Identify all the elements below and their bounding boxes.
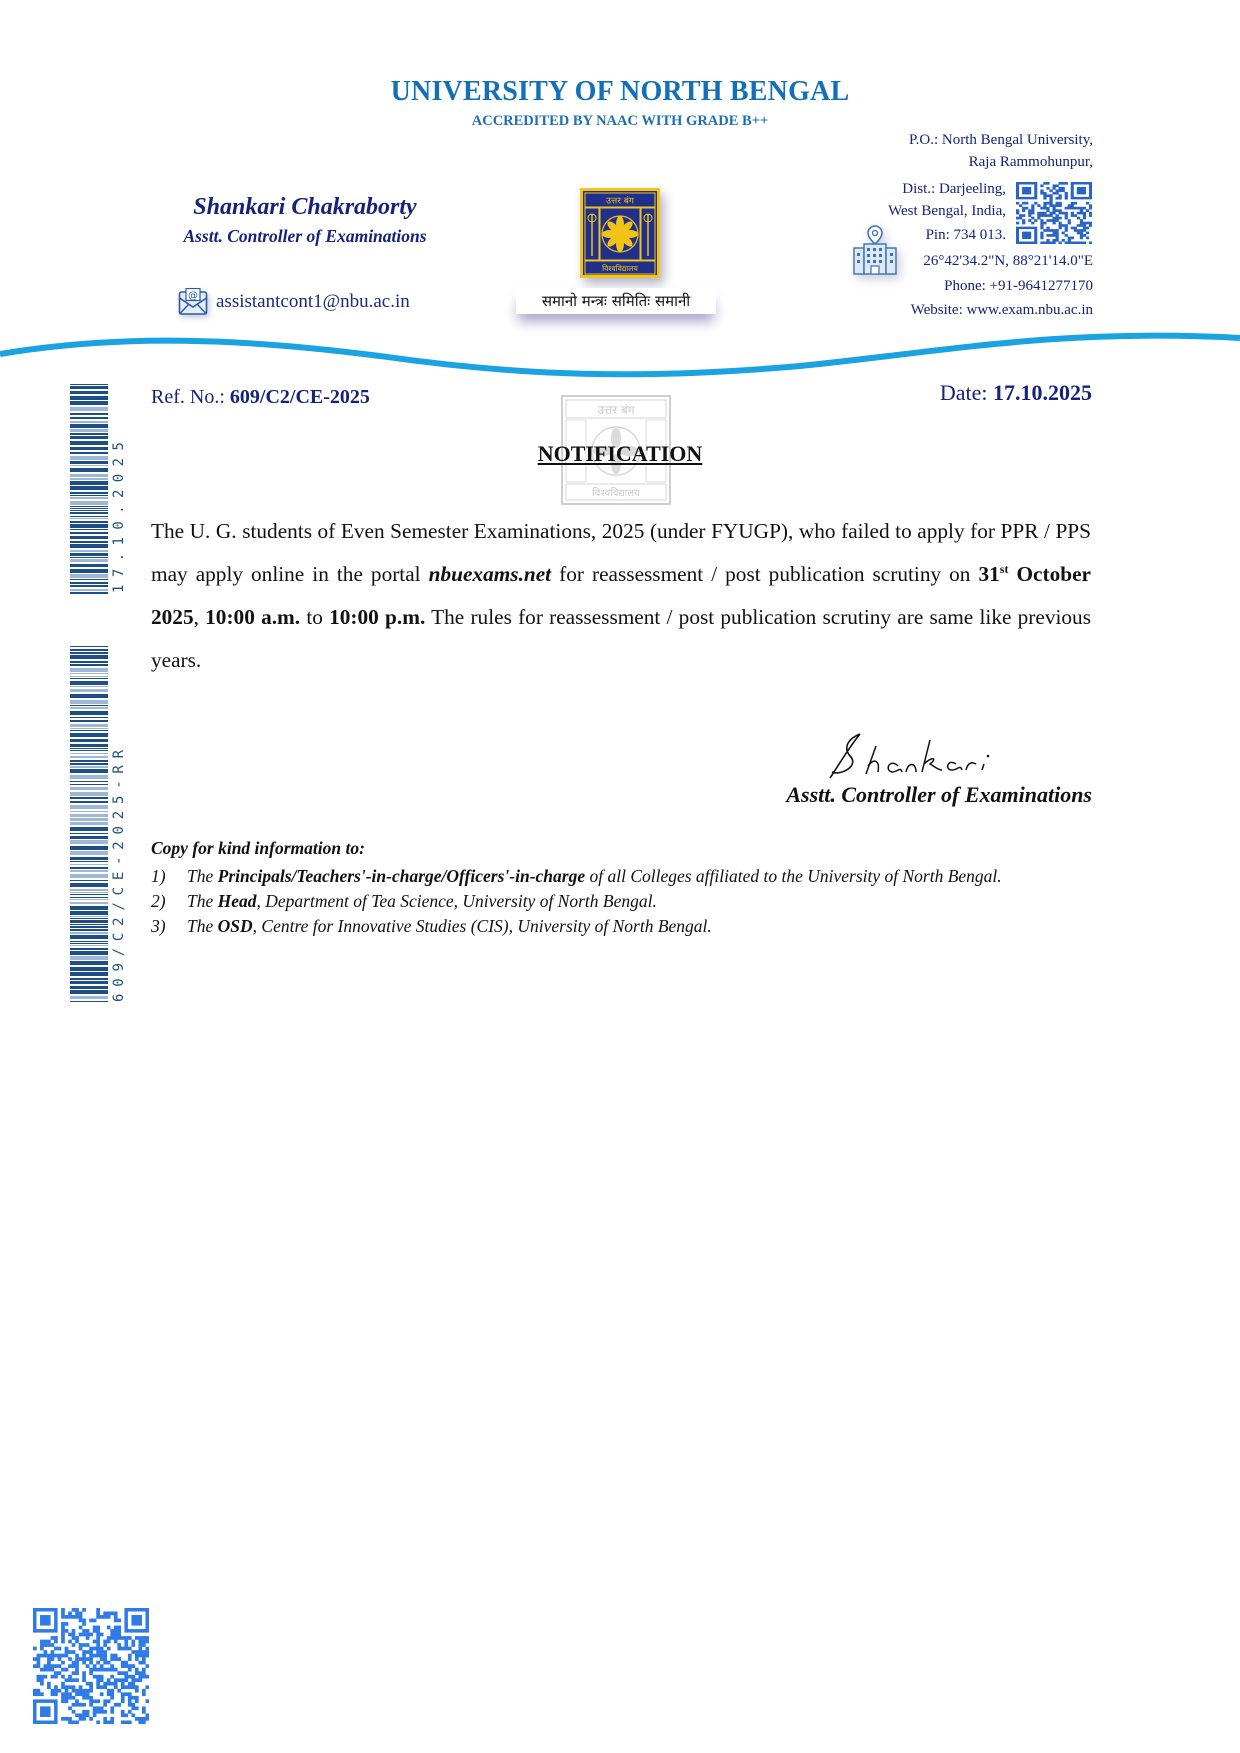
svg-text:विश्वविद्यालय: विश्वविद्यालय (602, 264, 638, 273)
university-name: UNIVERSITY OF NORTH BENGAL (0, 76, 1240, 108)
date-label: Date: (940, 380, 988, 405)
copy-to-item: 3) The OSD, Centre for Innovative Studie… (151, 914, 1091, 939)
signatory-title: Asstt. Controller of Examinations (786, 782, 1092, 808)
copy-to-list: 1) The Principals/Teachers'-in-charge/Of… (151, 864, 1091, 939)
notification-body: The U. G. students of Even Semester Exam… (151, 510, 1091, 682)
address-line-2: Raja Rammohunpur, (793, 154, 1093, 171)
svg-text:उत्तर बंग: उत्तर बंग (597, 403, 634, 417)
reference-number: Ref. No.: 609/C2/CE-2025 (151, 386, 370, 409)
date-value: 17.10.2025 (993, 380, 1092, 405)
address-website[interactable]: Website: www.exam.nbu.ac.in (793, 302, 1093, 319)
address-line-3: Dist.: Darjeeling, (706, 181, 1006, 198)
address-coordinates: 26°42'34.2"N, 88°21'14.0"E (793, 253, 1093, 270)
copy-to-item: 1) The Principals/Teachers'-in-charge/Of… (151, 864, 1091, 889)
notification-title: NOTIFICATION (0, 441, 1240, 467)
portal-link[interactable]: nbuexams.net (429, 562, 551, 586)
officer-title: Asstt. Controller of Examinations (140, 226, 470, 247)
building-location-icon (852, 224, 898, 276)
svg-text:@: @ (188, 291, 198, 302)
verification-qr-code[interactable] (33, 1608, 149, 1724)
handwritten-signature (820, 726, 1050, 786)
reference-label: Ref. No.: (151, 386, 225, 408)
address-phone: Phone: +91-9641277170 (793, 278, 1093, 295)
address-line-4: West Bengal, India, (706, 203, 1006, 220)
reference-value: 609/C2/CE-2025 (230, 386, 370, 408)
svg-text:विश्वविद्यालय: विश्वविद्यालय (592, 487, 640, 499)
university-logo: उत्तर बंग विश्वविद्यालय (580, 188, 660, 278)
email-contact: @ assistantcont1@nbu.ac.in (178, 288, 410, 316)
copy-to-heading: Copy for kind information to: (151, 838, 365, 859)
envelope-at-icon: @ (178, 288, 208, 316)
accreditation-text: ACCREDITED BY NAAC WITH GRADE B++ (0, 113, 1240, 130)
copy-to-item: 2) The Head, Department of Tea Science, … (151, 889, 1091, 914)
svg-text:उत्तर बंग: उत्तर बंग (606, 196, 635, 207)
time-from: 10:00 a.m. (205, 605, 300, 629)
address-line-1: P.O.: North Bengal University, (793, 132, 1093, 149)
qr-code-icon[interactable] (1016, 182, 1092, 244)
reference-barcode-text: 609/C2/CE-2025-RR (111, 743, 127, 1002)
document-date: Date: 17.10.2025 (940, 380, 1092, 406)
time-to: 10:00 p.m. (329, 605, 425, 629)
officer-name: Shankari Chakraborty (140, 194, 470, 221)
email-link[interactable]: assistantcont1@nbu.ac.in (216, 291, 410, 313)
university-motto: समानो मन्त्रः समितिः समानी (516, 288, 716, 314)
